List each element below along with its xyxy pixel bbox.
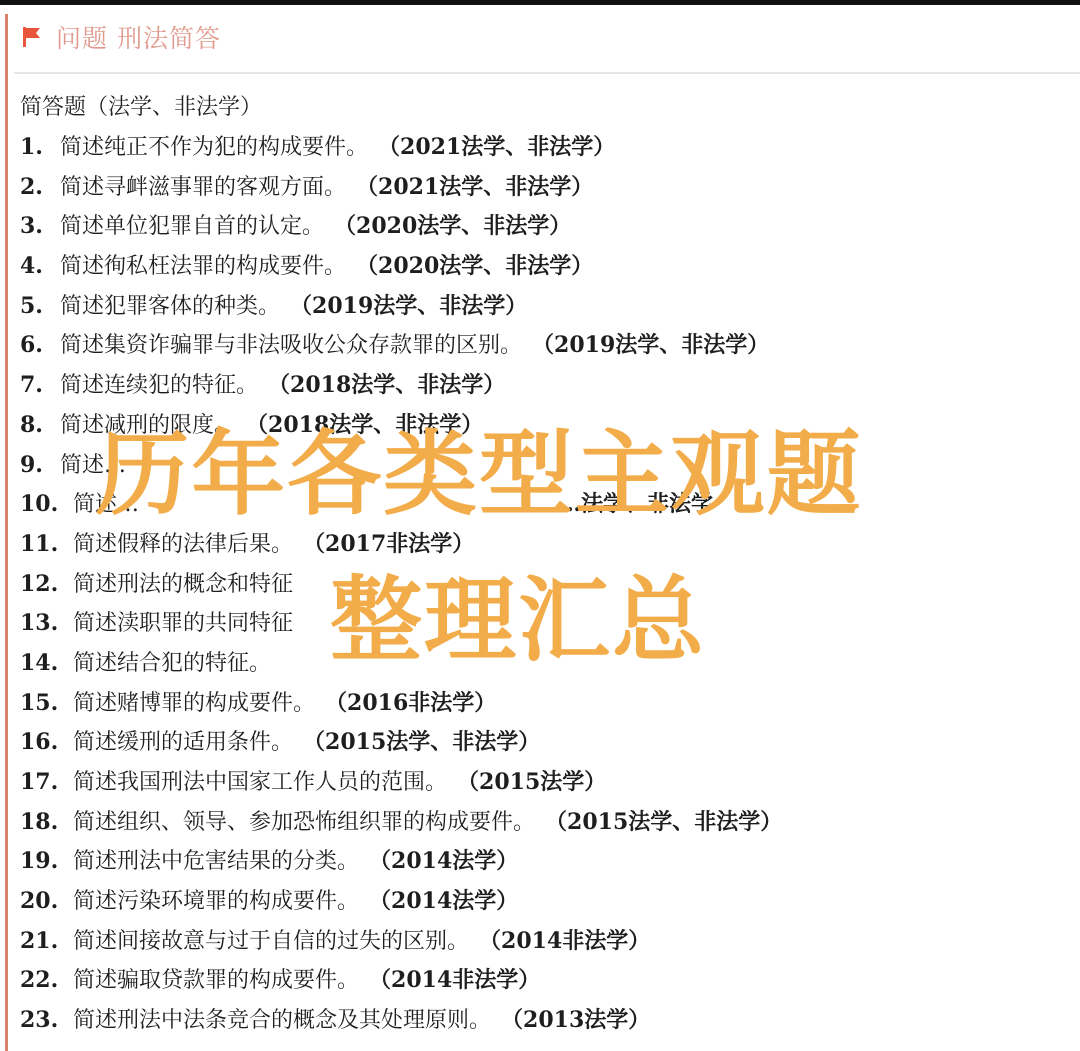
question-number: 4. [20,247,60,287]
question-item: 20.简述污染环境罪的构成要件。（2014法学） [20,882,1080,922]
question-text: 简述减刑的限度。 [60,406,236,446]
question-text: 简述假释的法律后果。 [73,525,293,565]
question-text: 简述刑法的概念和特征 [73,565,293,605]
question-item: 23.简述刑法中法条竞合的概念及其处理原则。（2013法学） [20,1001,1080,1041]
question-year-tag: （2016非法学） [325,684,496,724]
question-year-tag: （2013法学） [501,1001,650,1041]
question-text: 简述集资诈骗罪与非法吸收公众存款罪的区别。 [60,326,522,366]
question-item: 22.简述骗取贷款罪的构成要件。（2014非法学） [20,961,1080,1001]
question-number: 20. [20,882,73,922]
question-number: 16. [20,723,73,763]
question-number: 7. [20,366,60,406]
question-number: 14. [20,644,73,684]
question-year-tag: （2014非法学） [479,922,650,962]
question-number: 8. [20,406,60,446]
question-item: 11.简述假释的法律后果。（2017非法学） [20,525,1080,565]
question-number: 6. [20,326,60,366]
question-number: 11. [20,525,73,565]
question-text: 简述赌博罪的构成要件。 [73,684,315,724]
question-item: 4.简述徇私枉法罪的构成要件。（2020法学、非法学） [20,247,1080,287]
question-item: 8.简述减刑的限度。（2018法学、非法学） [20,406,1080,446]
question-item: 2.简述寻衅滋事罪的客观方面。（2021法学、非法学） [20,168,1080,208]
question-number: 9. [20,446,60,486]
question-number: 22. [20,961,73,1001]
question-year-tag: （2020法学、非法学） [334,207,571,247]
question-item: 12.简述刑法的概念和特征 [20,565,1080,605]
question-item: 10.简述……法学、非法学 [20,485,1080,525]
question-text: 简述骗取贷款罪的构成要件。 [73,961,359,1001]
question-year-tag: （2019法学、非法学） [290,287,527,327]
question-text: 简述单位犯罪自首的认定。 [60,207,324,247]
question-number: 15. [20,684,73,724]
question-item: 1.简述纯正不作为犯的构成要件。（2021法学、非法学） [20,128,1080,168]
question-item: 9.简述… [20,446,1080,486]
question-number: 19. [20,842,73,882]
left-accent-rule [5,14,8,1051]
question-item: 19.简述刑法中危害结果的分类。（2014法学） [20,842,1080,882]
question-year-tag: （2021法学、非法学） [378,128,615,168]
question-item: 15.简述赌博罪的构成要件。（2016非法学） [20,684,1080,724]
question-year-tag: （2017非法学） [303,525,474,565]
question-year-tag: （2018法学、非法学） [268,366,505,406]
top-status-bar [0,0,1080,5]
question-number: 1. [20,128,60,168]
question-text: 简述我国刑法中国家工作人员的范围。 [73,763,447,803]
question-number: 5. [20,287,60,327]
question-number: 12. [20,565,73,605]
question-year-tag: （2014法学） [369,842,518,882]
question-text: 简述犯罪客体的种类。 [60,287,280,327]
flag-icon [22,26,42,48]
question-year-tag: （2020法学、非法学） [356,247,593,287]
question-item: 7.简述连续犯的特征。（2018法学、非法学） [20,366,1080,406]
question-item: 14.简述结合犯的特征。 [20,644,1080,684]
question-year-tag: （2015法学） [457,763,606,803]
question-content: 简答题（法学、非法学） 1.简述纯正不作为犯的构成要件。（2021法学、非法学）… [20,88,1080,1041]
question-text: 简述间接故意与过于自信的过失的区别。 [73,922,469,962]
question-text: 简述连续犯的特征。 [60,366,258,406]
question-text: 简述… [60,446,126,486]
question-text: 简述… [73,485,139,525]
question-text: 简述污染环境罪的构成要件。 [73,882,359,922]
question-year-tag: （2014法学） [369,882,518,922]
header-title: 问题 刑法简答 [56,19,221,55]
question-item: 21.简述间接故意与过于自信的过失的区别。（2014非法学） [20,922,1080,962]
question-number: 10. [20,485,73,525]
question-text: 简述刑法中危害结果的分类。 [73,842,359,882]
question-year-tag: （2019法学、非法学） [532,326,769,366]
question-item: 5.简述犯罪客体的种类。（2019法学、非法学） [20,287,1080,327]
question-list: 1.简述纯正不作为犯的构成要件。（2021法学、非法学） 2.简述寻衅滋事罪的客… [20,128,1080,1041]
question-year-tag: （2018法学、非法学） [246,406,483,446]
question-text: 简述缓刑的适用条件。 [73,723,293,763]
question-text: 简述刑法中法条竞合的概念及其处理原则。 [73,1001,491,1041]
question-year-tag: （2014非法学） [369,961,540,1001]
question-number: 21. [20,922,73,962]
question-item: 3.简述单位犯罪自首的认定。（2020法学、非法学） [20,207,1080,247]
question-number: 23. [20,1001,73,1041]
question-number: 2. [20,168,60,208]
question-number: 17. [20,763,73,803]
question-number: 13. [20,604,73,644]
question-year-tag: …法学、非法学 [559,485,713,525]
header-divider [14,72,1080,74]
question-item: 16.简述缓刑的适用条件。（2015法学、非法学） [20,723,1080,763]
question-year-tag: （2015法学、非法学） [303,723,540,763]
question-text: 简述渎职罪的共同特征 [73,604,293,644]
question-text: 简述组织、领导、参加恐怖组织罪的构成要件。 [73,803,535,843]
question-header: 问题 刑法简答 [22,18,221,56]
section-title: 简答题（法学、非法学） [20,88,1080,128]
question-text: 简述结合犯的特征。 [73,644,271,684]
question-item: 13.简述渎职罪的共同特征 [20,604,1080,644]
question-number: 3. [20,207,60,247]
question-text: 简述寻衅滋事罪的客观方面。 [60,168,346,208]
question-number: 18. [20,803,73,843]
question-item: 6.简述集资诈骗罪与非法吸收公众存款罪的区别。（2019法学、非法学） [20,326,1080,366]
question-year-tag: （2021法学、非法学） [356,168,593,208]
question-text: 简述徇私枉法罪的构成要件。 [60,247,346,287]
question-item: 17.简述我国刑法中国家工作人员的范围。（2015法学） [20,763,1080,803]
question-item: 18.简述组织、领导、参加恐怖组织罪的构成要件。（2015法学、非法学） [20,803,1080,843]
question-year-tag: （2015法学、非法学） [545,803,782,843]
question-text: 简述纯正不作为犯的构成要件。 [60,128,368,168]
